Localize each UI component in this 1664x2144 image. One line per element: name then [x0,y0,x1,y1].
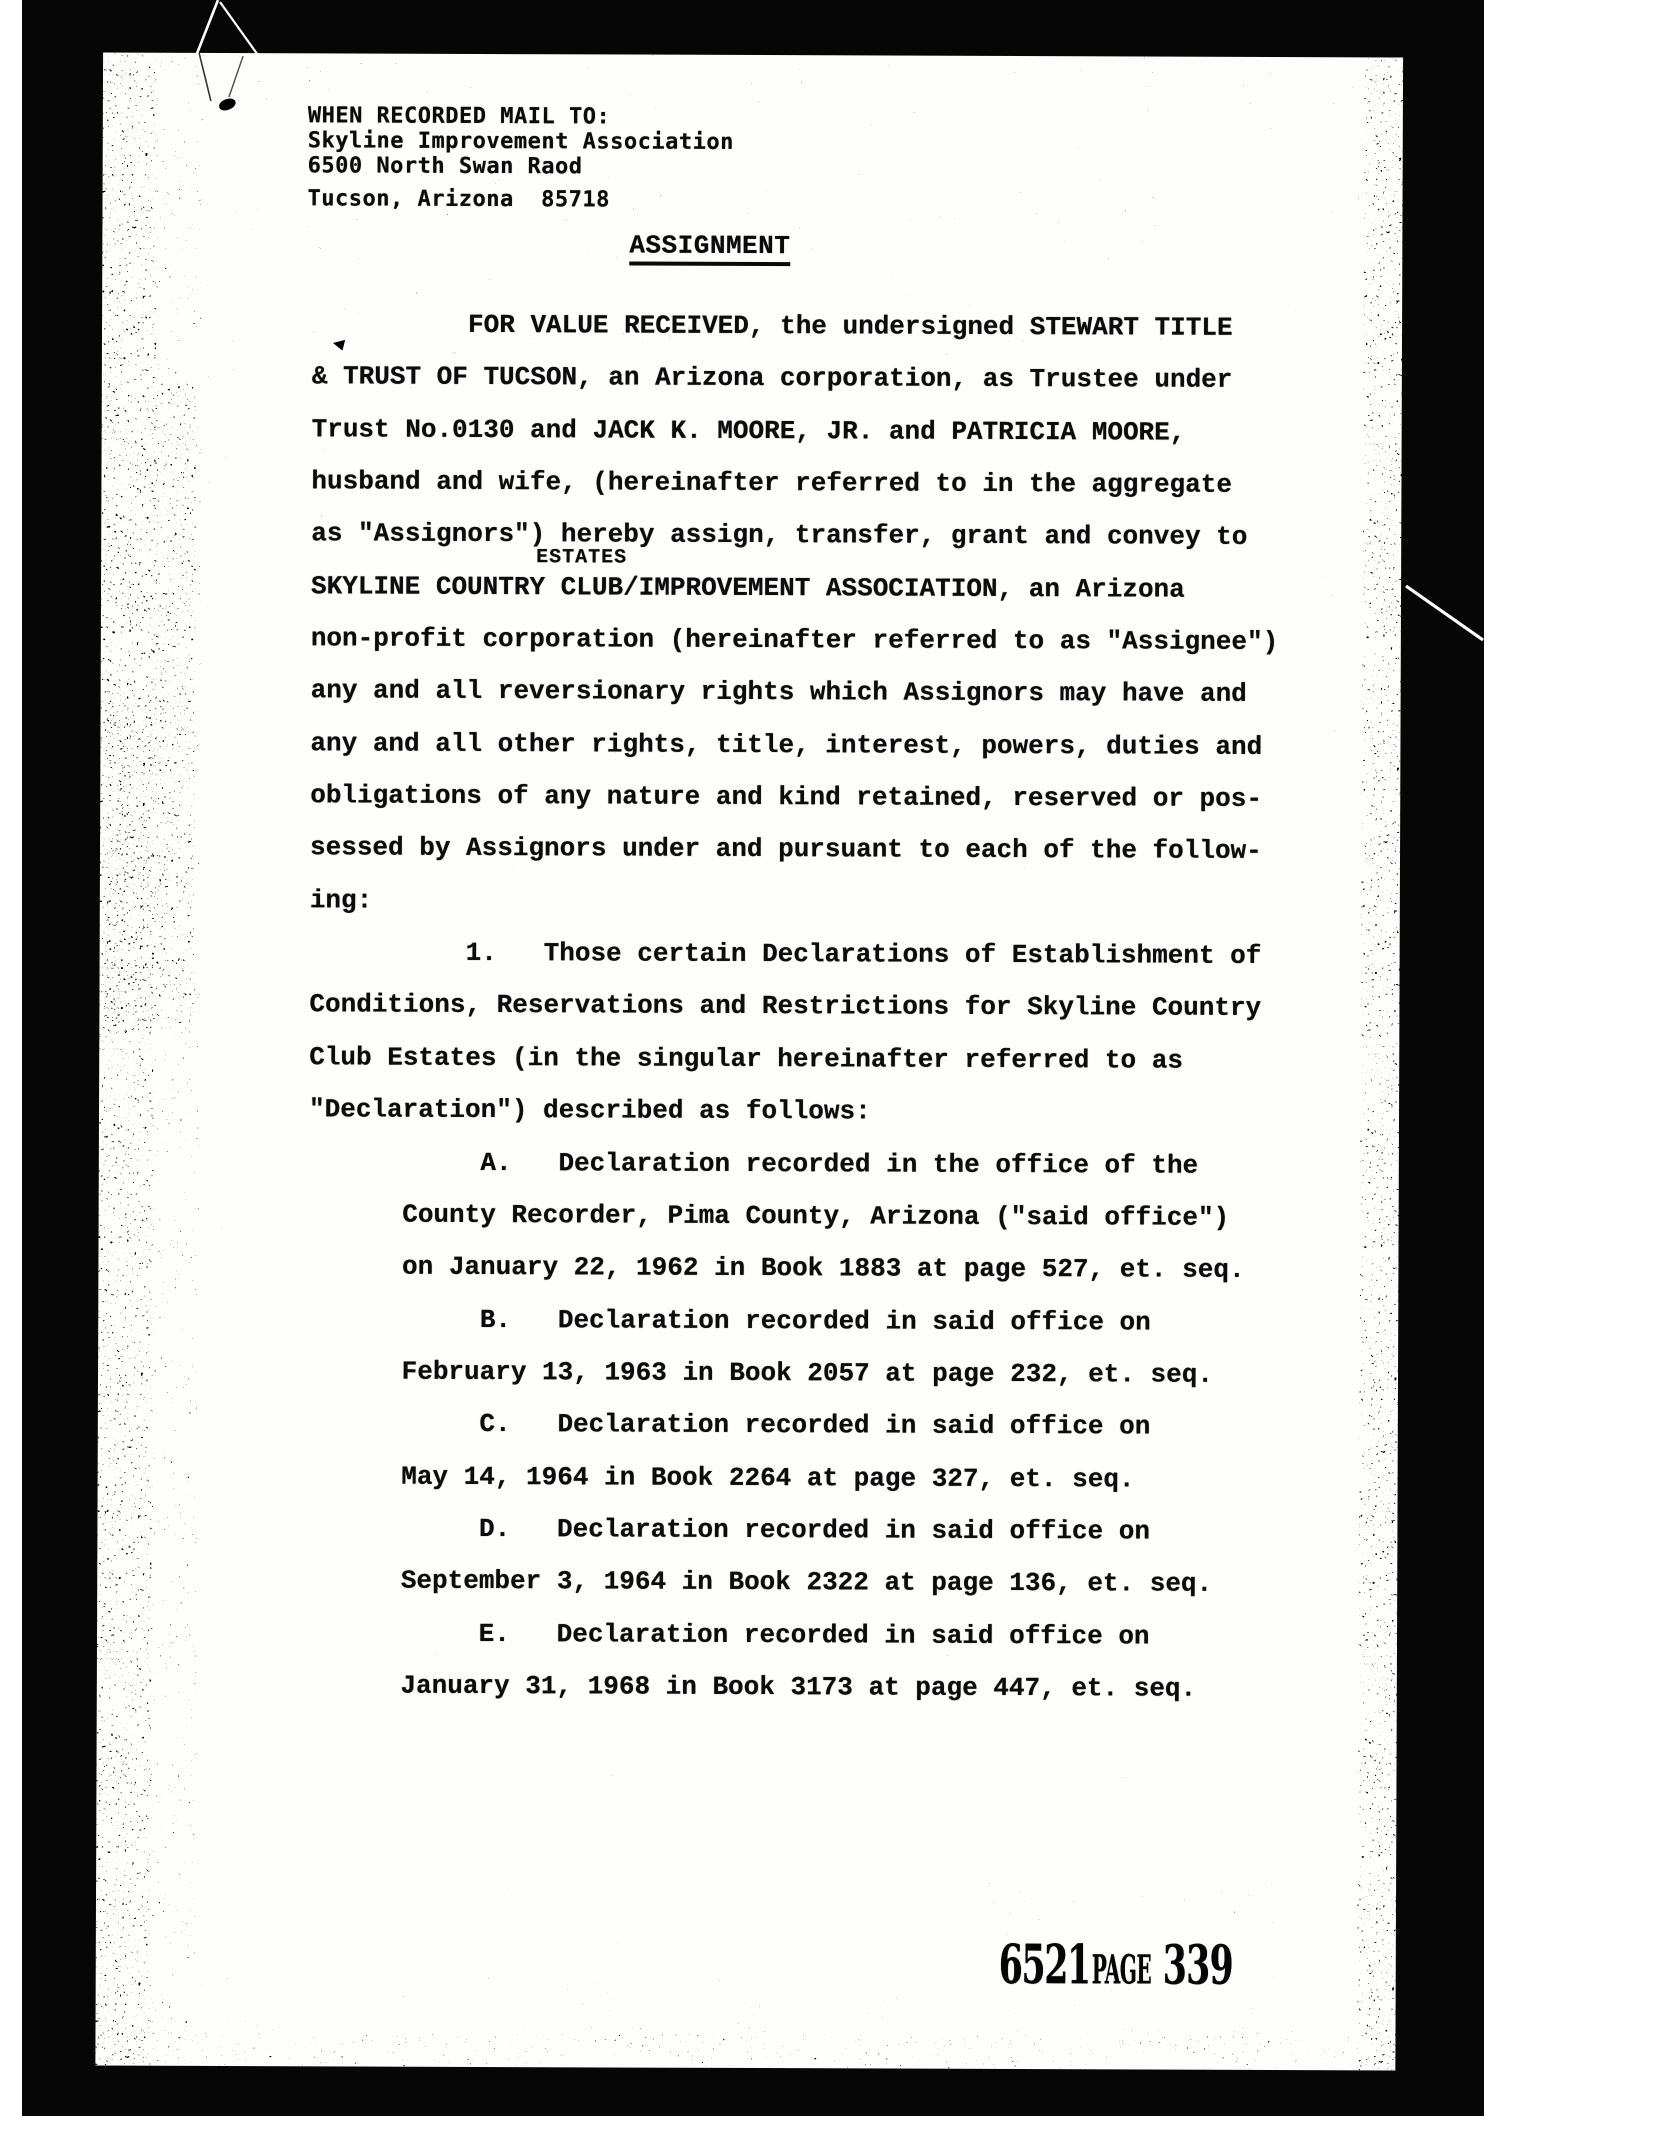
body-line-item-c: C. Declaration recorded in said office o… [308,1398,1388,1454]
mail-to-street: 6500 North Swan Raod [308,153,734,180]
body-line: & TRUST OF TUCSON, an Arizona corporatio… [312,351,1392,407]
body-line-item-d: D. Declaration recorded in said office o… [307,1502,1387,1558]
body-line-item-e: E. Declaration recorded in said office o… [307,1607,1387,1663]
string-mark-trace [199,53,211,101]
body-line: February 13, 1963 in Book 2057 at page 2… [308,1345,1388,1401]
mail-to-label: WHEN RECORDED MAIL TO: [308,103,734,130]
body-line: on January 22, 1962 in Book 1883 at page… [308,1240,1388,1296]
body-line: any and all other rights, title, interes… [310,717,1390,773]
book-page-stamp: 6521 PAGE 339 [999,1934,1359,1997]
body-line: September 3, 1964 in Book 2322 at page 1… [307,1555,1387,1611]
document-body: FOR VALUE RECEIVED, the undersigned STEW… [307,298,1392,1715]
mailing-address-block: WHEN RECORDED MAIL TO: Skyline Improveme… [307,103,734,213]
mail-to-name: Skyline Improvement Association [308,128,734,155]
document-page: WHEN RECORDED MAIL TO: Skyline Improveme… [95,53,1403,2071]
string-mark-trace [229,56,243,97]
body-line: obligations of any nature and kind retai… [310,769,1390,825]
body-line: sessed by Assignors under and pursuant t… [310,822,1390,878]
body-line-item-b: B. Declaration recorded in said office o… [308,1293,1388,1349]
body-line: "Declaration") described as follows: [309,1083,1389,1139]
body-line: January 31, 1968 in Book 3173 at page 44… [307,1659,1387,1715]
toner-blob [218,97,237,111]
stamp-page-label: PAGE [1092,1946,1152,1993]
scanned-document-screenshot: { "colors": { "paper": "#fdfdfc", "ink":… [0,0,1664,2144]
body-line: County Recorder, Pima County, Arizona ("… [309,1188,1389,1244]
mail-to-city: Tucson, Arizona 85718 [307,186,733,213]
body-line: Conditions, Reservations and Restriction… [309,979,1389,1035]
body-line: non-profit corporation (hereinafter refe… [311,612,1391,668]
body-line: Trust No.0130 and JACK K. MOORE, JR. and… [312,403,1392,459]
scan-black-border: WHEN RECORDED MAIL TO: Skyline Improveme… [22,0,1484,2116]
stamp-book-number: 6521 [999,1932,1090,1996]
body-line-item-1: 1. Those certain Declarations of Establi… [310,926,1390,982]
body-line: husband and wife, (hereinafter referred … [311,455,1391,511]
body-line: ing: [310,874,1390,930]
body-line-item-a: A. Declaration recorded in the office of… [309,1136,1389,1192]
body-line: Club Estates (in the singular hereinafte… [309,1031,1389,1087]
body-line: May 14, 1964 in Book 2264 at page 327, e… [308,1450,1388,1506]
body-line: as "Assignors") hereby assign, transfer,… [311,508,1391,564]
body-line: FOR VALUE RECEIVED, the undersigned STEW… [312,298,1392,354]
document-title: ASSIGNMENT [629,231,790,267]
body-line: any and all reversionary rights which As… [311,665,1391,721]
stamp-page-number: 339 [1163,1933,1233,1997]
body-line: SKYLINE COUNTRY CLUB/IMPROVEMENT ASSOCIA… [311,560,1391,616]
